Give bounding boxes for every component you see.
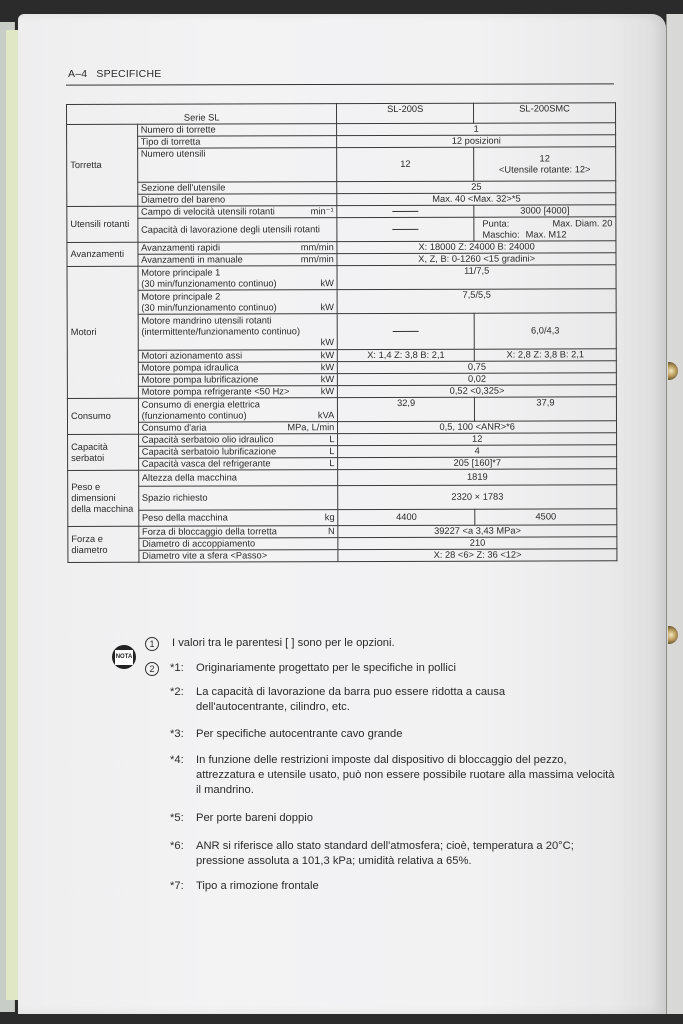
unit: kW bbox=[317, 350, 334, 361]
row-value-a bbox=[337, 205, 474, 217]
table-row: Motore mandrino utensili rotanti(intermi… bbox=[67, 313, 616, 351]
page-header: A–4 SPECIFICHE bbox=[68, 68, 161, 80]
row-value: 205 [160]*7 bbox=[338, 457, 617, 470]
group-torretta: Torretta bbox=[67, 124, 138, 206]
label-text: (funzionamento continuo) bbox=[142, 410, 247, 421]
label-text: Capacità serbatoio lubrificazione bbox=[142, 446, 276, 457]
row-label: Sezione dell'utensile bbox=[137, 182, 337, 195]
label-text: Campo di velocità utensili rotanti bbox=[141, 206, 275, 217]
row-value: 210 bbox=[338, 537, 617, 550]
model-b-header: SL-200SMC bbox=[474, 103, 616, 123]
row-value: 0,5, 100 <ANR>*6 bbox=[338, 421, 617, 434]
row-value-a bbox=[337, 217, 474, 241]
section-code: A–4 bbox=[68, 68, 87, 80]
footnote: *5:Per porte bareni doppio bbox=[170, 811, 616, 826]
unit: kW bbox=[317, 362, 334, 373]
footnote-mark: *7: bbox=[170, 879, 196, 894]
row-value-a: 4400 bbox=[338, 509, 475, 525]
label-text: Avanzamenti rapidi bbox=[141, 243, 220, 254]
footnote-text: Per specifiche autocentrante cavo grande bbox=[196, 727, 616, 742]
row-value-a: 12 bbox=[337, 147, 474, 181]
group-consumo: Consumo bbox=[67, 398, 138, 434]
row-label: Diametro del bareno bbox=[137, 194, 337, 207]
row-value-a: X: 1,4 Z: 3,8 B: 2,1 bbox=[338, 349, 475, 361]
table-row: Capacità di lavorazione degli utensili r… bbox=[67, 217, 616, 243]
note-1: I valori tra le parentesi [ ] sono per l… bbox=[172, 636, 395, 651]
row-value: 7,5/5,5 bbox=[337, 289, 616, 314]
row-value: 2320 × 1783 bbox=[338, 485, 617, 510]
row-value-b: 4500 bbox=[475, 509, 617, 525]
row-label: Altezza della macchina bbox=[138, 470, 338, 487]
footnote-text: Tipo a rimozione frontale bbox=[196, 879, 616, 894]
row-value: 25 bbox=[337, 181, 616, 194]
circled-number-icon: 1 bbox=[145, 637, 159, 651]
label-text: Motore principale 2 bbox=[141, 291, 334, 303]
row-value: 1 bbox=[337, 123, 616, 136]
row-value-b: X: 2,8 Z: 3,8 B: 2,1 bbox=[474, 349, 616, 361]
row-label: Avanzamenti in manualemm/min bbox=[138, 254, 338, 267]
unit: kVA bbox=[314, 410, 334, 421]
label-text: Consumo di energia elettrica bbox=[142, 399, 335, 411]
group-motori: Motori bbox=[67, 266, 138, 398]
table-row: Peso della macchinakg 4400 4500 bbox=[68, 509, 617, 527]
sub-label: Punta: bbox=[482, 218, 509, 229]
footnote: *2:La capacità di lavorazione da barra p… bbox=[170, 685, 536, 715]
footnote: *7:Tipo a rimozione frontale bbox=[170, 879, 616, 894]
label-text: Consumo d'aria bbox=[142, 423, 207, 434]
unit: mm/min bbox=[297, 242, 334, 253]
group-peso-dimensioni: Peso e dimensioni della macchina bbox=[68, 470, 139, 526]
footnote-mark: *2: bbox=[170, 685, 196, 715]
row-value: 12 bbox=[338, 433, 617, 446]
row-value-b: 3000 [4000] bbox=[474, 205, 616, 217]
row-value-b: 6,0/4,3 bbox=[474, 313, 616, 349]
not-applicable-dash bbox=[393, 211, 419, 212]
row-value-a: 32,9 bbox=[338, 397, 475, 421]
table-row: Motore principale 2(30 min/funzionamento… bbox=[67, 289, 616, 315]
row-label: Capacità serbatoio olio idraulicoL bbox=[138, 434, 338, 447]
row-value: 39227 <a 3,43 MPa> bbox=[338, 525, 617, 538]
footnote-mark: *5: bbox=[170, 811, 196, 826]
table-row: Peso e dimensioni della macchina Altezza… bbox=[68, 469, 617, 487]
row-label: Consumo d'ariaMPa, L/min bbox=[138, 422, 338, 435]
label-text: (intermittente/funzionamento continuo) bbox=[141, 326, 334, 338]
table-row: Motori azionamento assikW X: 1,4 Z: 3,8 … bbox=[67, 349, 616, 363]
row-value-b: Punta:Max. Diam. 20 Maschio:Max. M12 bbox=[474, 217, 616, 241]
table-row: Numero utensili 12 12 <Utensile rotante:… bbox=[67, 147, 616, 183]
row-value: Max. 40 <Max. 32>*5 bbox=[337, 193, 616, 206]
table-row: Spazio richiesto 2320 × 1783 bbox=[68, 485, 617, 511]
row-label: Forza di bloccaggio della torrettaN bbox=[138, 526, 338, 539]
row-label: Motori azionamento assikW bbox=[138, 350, 338, 363]
footnote: *6:ANR si riferisce allo stato standard … bbox=[170, 839, 616, 869]
label-text: Motore pompa refrigerante <50 Hz> bbox=[142, 386, 290, 397]
footnote-text: Per porte bareni doppio bbox=[196, 811, 616, 826]
row-label: Motore principale 2(30 min/funzionamento… bbox=[138, 290, 338, 315]
unit: kW bbox=[316, 302, 333, 313]
row-label: Diametro di accoppiamento bbox=[139, 538, 339, 551]
table-row: Consumo Consumo di energia elettrica(fun… bbox=[67, 397, 616, 423]
model-a-header: SL-200S bbox=[337, 103, 474, 123]
label-text: Capacità serbatoio olio idraulico bbox=[142, 434, 274, 445]
row-label: Capacità di lavorazione degli utensili r… bbox=[138, 218, 338, 243]
row-label: Campo di velocità utensili rotantimin⁻¹ bbox=[137, 206, 337, 219]
label-text: (30 min/funzionamento continuo) bbox=[141, 278, 276, 289]
group-avanzamenti: Avanzamenti bbox=[67, 242, 138, 266]
footnote-mark: *3: bbox=[170, 727, 196, 742]
row-label: Peso della macchinakg bbox=[138, 510, 338, 527]
group-forza-diametro: Forza e diametro bbox=[68, 526, 139, 562]
footnote-mark: *4: bbox=[170, 753, 196, 798]
sub-value: Max. Diam. 20 bbox=[552, 218, 612, 229]
label-text: Avanzamenti in manuale bbox=[141, 254, 243, 265]
unit: min⁻¹ bbox=[307, 206, 334, 217]
sub-value: Max. M12 bbox=[526, 229, 567, 240]
table-row: Avanzamenti in manualemm/min X, Z, B: 0-… bbox=[67, 253, 616, 267]
unit: L bbox=[325, 434, 334, 445]
table-row: Utensili rotanti Campo di velocità utens… bbox=[67, 205, 616, 219]
row-value: 0,02 bbox=[338, 373, 617, 386]
table-row: Avanzamenti Avanzamenti rapidimm/min X: … bbox=[67, 241, 616, 255]
label-text: Motore pompa idraulica bbox=[141, 362, 238, 373]
row-value-a bbox=[337, 313, 474, 349]
row-value: 12 posizioni bbox=[337, 135, 616, 148]
row-label: Diametro vite a sfera <Passo> bbox=[139, 550, 339, 563]
series-header: Serie SL bbox=[67, 104, 337, 125]
label-text: (30 min/funzionamento continuo) bbox=[141, 302, 276, 313]
label-text: Motore pompa lubrificazione bbox=[142, 374, 259, 385]
unit: kW bbox=[141, 337, 334, 349]
unit: kW bbox=[317, 374, 334, 385]
row-value: 4 bbox=[338, 445, 617, 458]
label-text: Motore principale 1 bbox=[141, 267, 334, 279]
sub-label: Maschio: bbox=[482, 229, 519, 240]
nota-icon: NOTA bbox=[112, 645, 136, 669]
unit: kW bbox=[317, 386, 334, 397]
row-value: X: 28 <6> Z: 36 <12> bbox=[338, 549, 617, 562]
row-label: Capacità vasca del refrigeranteL bbox=[138, 458, 338, 471]
row-label: Motore pompa lubrificazionekW bbox=[138, 374, 338, 387]
row-label: Motore mandrino utensili rotanti(intermi… bbox=[138, 314, 338, 351]
nota-badge-label: NOTA bbox=[115, 650, 134, 665]
footnote-mark: *6: bbox=[170, 839, 196, 869]
footnote-text: Originariamente progettato per le specif… bbox=[196, 661, 616, 676]
group-utensili-rotanti: Utensili rotanti bbox=[67, 206, 138, 242]
row-value: 1819 bbox=[338, 469, 617, 486]
row-label: Motore pompa refrigerante <50 Hz>kW bbox=[138, 386, 338, 399]
row-label: Numero di torrette bbox=[137, 124, 337, 137]
label-text: Capacità vasca del refrigerante bbox=[142, 458, 271, 469]
row-label: Capacità serbatoio lubrificazioneL bbox=[138, 446, 338, 459]
row-value-b: 12 <Utensile rotante: 12> bbox=[474, 147, 616, 181]
not-applicable-dash bbox=[393, 331, 419, 332]
footnote-mark: *1: bbox=[170, 661, 196, 676]
row-value: 11/7,5 bbox=[337, 265, 616, 290]
row-label: Consumo di energia elettrica(funzionamen… bbox=[138, 398, 338, 423]
binder-divider-tab bbox=[6, 30, 18, 1000]
unit: kW bbox=[316, 278, 333, 289]
table-row: Motori Motore principale 1(30 min/funzio… bbox=[67, 265, 616, 291]
row-value: 0,75 bbox=[338, 361, 617, 374]
spec-table: Serie SL SL-200S SL-200SMC Torretta Nume… bbox=[66, 102, 617, 563]
table-row: Diametro vite a sfera <Passo> X: 28 <6> … bbox=[68, 549, 617, 563]
row-label: Avanzamenti rapidimm/min bbox=[138, 242, 338, 255]
footnote-text: La capacità di lavorazione da barra puo … bbox=[196, 685, 536, 715]
section-title: SPECIFICHE bbox=[96, 68, 161, 80]
row-label: Spazio richiesto bbox=[138, 486, 338, 511]
footnote: *1:Originariamente progettato per le spe… bbox=[170, 661, 616, 676]
row-value-b: 37,9 bbox=[474, 397, 616, 421]
circled-number-icon: 2 bbox=[145, 662, 159, 676]
group-serbatoi: Capacità serbatoi bbox=[68, 434, 139, 470]
unit: kg bbox=[321, 512, 335, 523]
unit: MPa, L/min bbox=[283, 422, 334, 433]
footnote-text: ANR si riferisce allo stato standard del… bbox=[196, 839, 616, 869]
footnote: *4:In funzione delle restrizioni imposte… bbox=[170, 753, 616, 798]
value-line: 12 bbox=[477, 153, 612, 164]
unit: L bbox=[325, 446, 334, 457]
label-text: Peso della macchina bbox=[142, 512, 228, 523]
value-line: <Utensile rotante: 12> bbox=[477, 164, 612, 175]
row-label: Tipo di torretta bbox=[137, 136, 337, 149]
row-value: 0,52 <0,325> bbox=[338, 385, 617, 398]
binder-spine bbox=[666, 14, 683, 1014]
row-value: X, Z, B: 0-1260 <15 gradini> bbox=[337, 253, 616, 266]
label-text: Motori azionamento assi bbox=[141, 350, 242, 361]
row-value: X: 18000 Z: 24000 B: 24000 bbox=[337, 241, 616, 254]
footnote-text: In funzione delle restrizioni imposte da… bbox=[196, 753, 616, 798]
not-applicable-dash bbox=[393, 229, 419, 230]
unit: L bbox=[325, 458, 334, 469]
row-label: Numero utensili bbox=[137, 148, 337, 183]
row-label: Motore pompa idraulicakW bbox=[138, 362, 338, 375]
footnote: *3:Per specifiche autocentrante cavo gra… bbox=[170, 727, 616, 742]
unit: N bbox=[324, 526, 335, 537]
label-text: Forza di bloccaggio della torretta bbox=[142, 526, 277, 537]
row-label: Motore principale 1(30 min/funzionamento… bbox=[138, 266, 338, 291]
unit: mm/min bbox=[297, 254, 334, 265]
table-header-row: Serie SL SL-200S SL-200SMC bbox=[67, 103, 616, 125]
label-text: Motore mandrino utensili rotanti bbox=[141, 315, 334, 327]
